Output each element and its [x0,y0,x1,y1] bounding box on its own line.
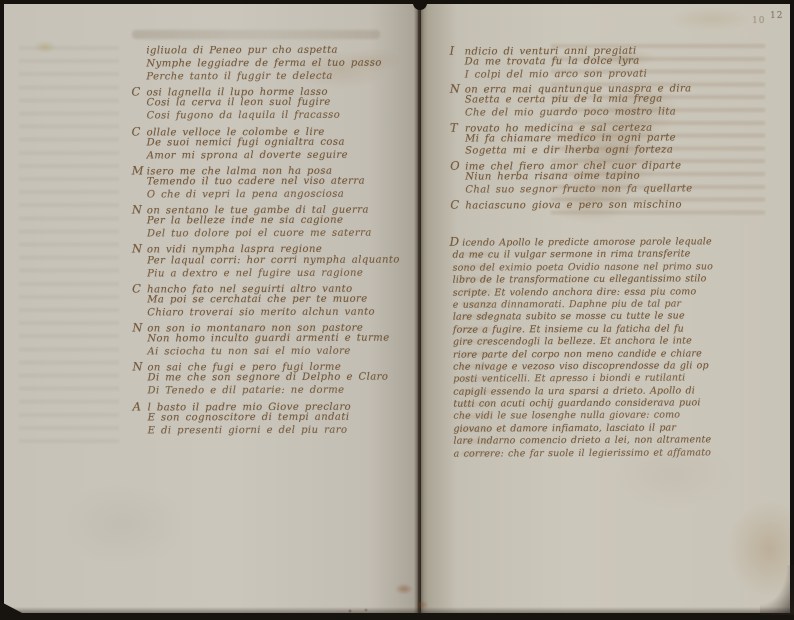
line-text: ndicio di venturi anni pregiati [465,46,637,58]
verse-line: Non son io montanaro non son pastore [132,320,400,334]
prose-line: Dicendo Apollo le predicte amorose parol… [449,233,712,247]
verse-line: Temendo il tuo cadere nel viso aterra [132,175,400,189]
verse-line: Perche tanto il fuggir te delecta [131,71,399,85]
initial-capital: D [449,235,459,249]
verse-line: Chancho fato nel seguirti altro vanto [132,280,400,294]
verse-line: Mi fa chiamare medico in ogni parte [450,132,692,146]
line-text: Chal suo segnor fructo non fa quellarte [465,183,692,195]
line-text: haciascuno giova e pero son mischino [465,199,682,211]
line-text: igliuola di Peneo pur cho aspetta [146,45,338,57]
line-text: Di me che son segnore di Delpho e Claro [147,372,388,384]
initial-capital: N [132,242,147,256]
line-text: O che di vepri la pena angosciosa [147,189,344,201]
line-text: Per la belleze inde ne sia cagione [147,215,344,227]
verse-line: Cosi lagnella il lupo horme lasso [131,84,399,98]
line-text: Chiaro troverai sio merito alchun vanto [147,306,375,318]
initial-capital: A [133,399,148,413]
verse-line: Non vidi nympha laspra regione [132,241,400,255]
verse-line: Di me che son segnore di Delpho e Claro [132,372,400,386]
verse-line: igliuola di Peneo pur cho aspetta [131,45,399,59]
verse-line: Che del mio guardo poco mostro lita [450,106,692,120]
line-text: icendo Apollo le predicte amorose parole… [462,236,712,248]
verse-line: Per laqual corri: hor corri nympha alqua… [132,254,400,268]
line-text: I colpi del mio arco son provati [465,68,648,80]
verse-line: Nymphe leggiadre de ferma el tuo passo [131,58,399,72]
verse-line: De suoi nemici fugi ognialtra cosa [132,136,400,150]
ink-stain [388,583,444,615]
verse-line: Saetta e certa piu de la mia frega [450,94,692,108]
line-text: capigli essendo la ura sparsi a drieto. … [453,385,695,397]
line-text: Di Tenedo e dil patarie: ne dorme [148,385,345,397]
initial-capital: N [132,320,147,334]
page-edge-top [0,0,794,4]
verse-line: Non sai che fugi e pero fugi lorme [132,359,400,373]
verse-line: Niun herba risana oime tapino [450,170,692,184]
prose-line: gire crescendogli la belleze. Et anchora… [450,332,713,346]
verse-line: Misero me che lalma non ha posa [132,162,400,176]
line-text: Che del mio guardo poco mostro lita [465,106,676,118]
verse-line: Al basto il padre mio Giove preclaro [133,398,401,412]
line-text: Amor mi sprona al doverte seguire [147,149,348,161]
line-text: Mi fa chiamare medico in ogni parte [465,132,676,144]
verse-line: Chal suo segnor fructo non fa quellarte [450,183,692,197]
verse-line: Sogetta mi e dir lherba ogni forteza [450,145,692,159]
folio-number-corner: 12 [770,11,783,21]
line-text: e usanza dinnamorati. Daphne piu de tal … [453,298,682,310]
verse-line: O che di vepri la pena angosciosa [132,189,400,203]
line-text: gire crescendogli la belleze. Et anchora… [453,336,692,348]
prose-line: e usanza dinnamorati. Daphne piu de tal … [450,295,713,309]
line-text: sono del eximio poeta Ovidio nasone nel … [453,261,713,273]
verse-line: Chiaro troverai sio merito alchun vanto [132,306,400,320]
line-text: Cosi fugono da laquila il fracasso [147,110,341,122]
initial-capital: C [132,281,147,295]
line-text: Ai sciocha tu non sai el mio valore [147,346,350,358]
verse-line: Ai sciocha tu non sai el mio valore [132,346,400,360]
line-text: Piu a dextro e nel fugire usa ragione [147,267,363,279]
bleedthrough-texture [19,46,119,446]
line-text: on sai che fugi e pero fugi lorme [147,362,341,374]
verse-line: Di Tenedo e dil patarie: ne dorme [133,385,401,399]
line-text: Sogetta mi e dir lherba ogni forteza [465,145,673,157]
verse-line: Del tuo dolore poi el cuore me saterra [132,228,400,242]
line-text: Non homo inculto guardi armenti e turme [147,333,389,345]
initial-capital: T [450,120,465,134]
line-text: che vidi le sue losenghe nulla giovare: … [453,410,680,422]
line-text: Nymphe leggiadre de ferma el tuo passo [146,58,381,70]
verse-line: Ma poi se cerchatai che per te muore [132,293,400,307]
dark-corner-bottom-right [760,565,794,615]
verse-line: Non sentano le tue gambe di tal guerra [132,202,400,216]
line-text: Temendo il tuo cadere nel viso aterra [147,176,365,188]
initial-capital: C [131,85,146,99]
verse-line: Per la belleze inde ne sia cagione [132,215,400,229]
initial-capital: M [132,163,147,177]
verse-line: Non erra mai quantunque unaspra e dira [450,81,692,95]
center-fold [414,0,424,620]
folio-number-pencil: 10 [752,16,765,26]
line-text: Saetta e certa piu de la mia frega [465,94,663,106]
verse-line: Piu a dextro e nel fugire usa ragione [132,267,400,281]
line-text: De suoi nemici fugi ognialtra cosa [147,136,345,148]
prose-line: che vidi le sue losenghe nulla giovare: … [450,407,713,421]
verse-column-left: igliuola di Peneo pur cho aspettaNymphe … [131,45,400,439]
manuscript-page-recto: Indicio di venturi anni pregiatiDa me tr… [421,4,790,613]
prose-line: capigli essendo la ura sparsi a drieto. … [450,382,713,396]
line-text: Niun herba risana oime tapino [465,171,640,183]
verse-line: Amor mi sprona al doverte seguire [132,149,400,163]
verse-line: Trovato ho medicina e sal certeza [450,119,692,133]
verse-column-right: Indicio di venturi anni pregiatiDa me tr… [450,42,693,210]
verse-line: Indicio di venturi anni pregiati [450,42,692,56]
initial-capital: C [450,197,465,211]
erased-header [132,30,380,39]
initial-capital: I [450,44,465,58]
verse-line: E son cognoscitore di tempi andati [133,411,401,425]
verse-line: Oime chel fiero amor chel cuor diparte [450,158,692,172]
manuscript-page-verso: igliuola di Peneo pur cho aspettaNymphe … [4,4,418,613]
line-text: on sentano le tue gambe di tal guerra [147,205,369,217]
line-text: a correre: che far suole il legierissimo… [454,447,712,459]
verse-line: Cosi fugono da laquila il fracasso [132,110,400,124]
verse-line: Chaciascuno giova e pero son mischino [450,196,692,210]
prose-line: sono del eximio poeta Ovidio nasone nel … [450,258,713,272]
line-text: Cosi la cerva il leon suol fugire [146,97,330,109]
prose-paragraph: Dicendo Apollo le predicte amorose parol… [449,233,714,457]
line-text: E son cognoscitore di tempi andati [148,411,350,423]
line-text: Ma poi se cerchatai che per te muore [147,293,367,305]
ink-stain-dots [344,606,384,616]
line-text: Per laqual corri: hor corri nympha alqua… [147,254,400,266]
initial-capital: C [132,124,147,138]
verse-line: Cosi la cerva il leon suol fugire [131,97,399,111]
line-text: Del tuo dolore poi el cuore me saterra [147,228,372,240]
verse-line: E di presenti giorni e del piu raro [133,424,401,438]
initial-capital: N [132,360,147,374]
initial-capital: N [132,203,147,217]
verse-line: Non homo inculto guardi armenti e turme [132,333,400,347]
prose-line: a correre: che far suole il legierissimo… [451,444,714,458]
manuscript-photo: igliuola di Peneo pur cho aspettaNymphe … [0,0,794,620]
verse-line: Collale velloce le colombe e lire [132,123,400,137]
verse-line: I colpi del mio arco son provati [450,68,692,82]
line-text: Perche tanto il fuggir te delecta [146,71,332,83]
line-text: E di presenti giorni e del piu raro [148,424,348,436]
